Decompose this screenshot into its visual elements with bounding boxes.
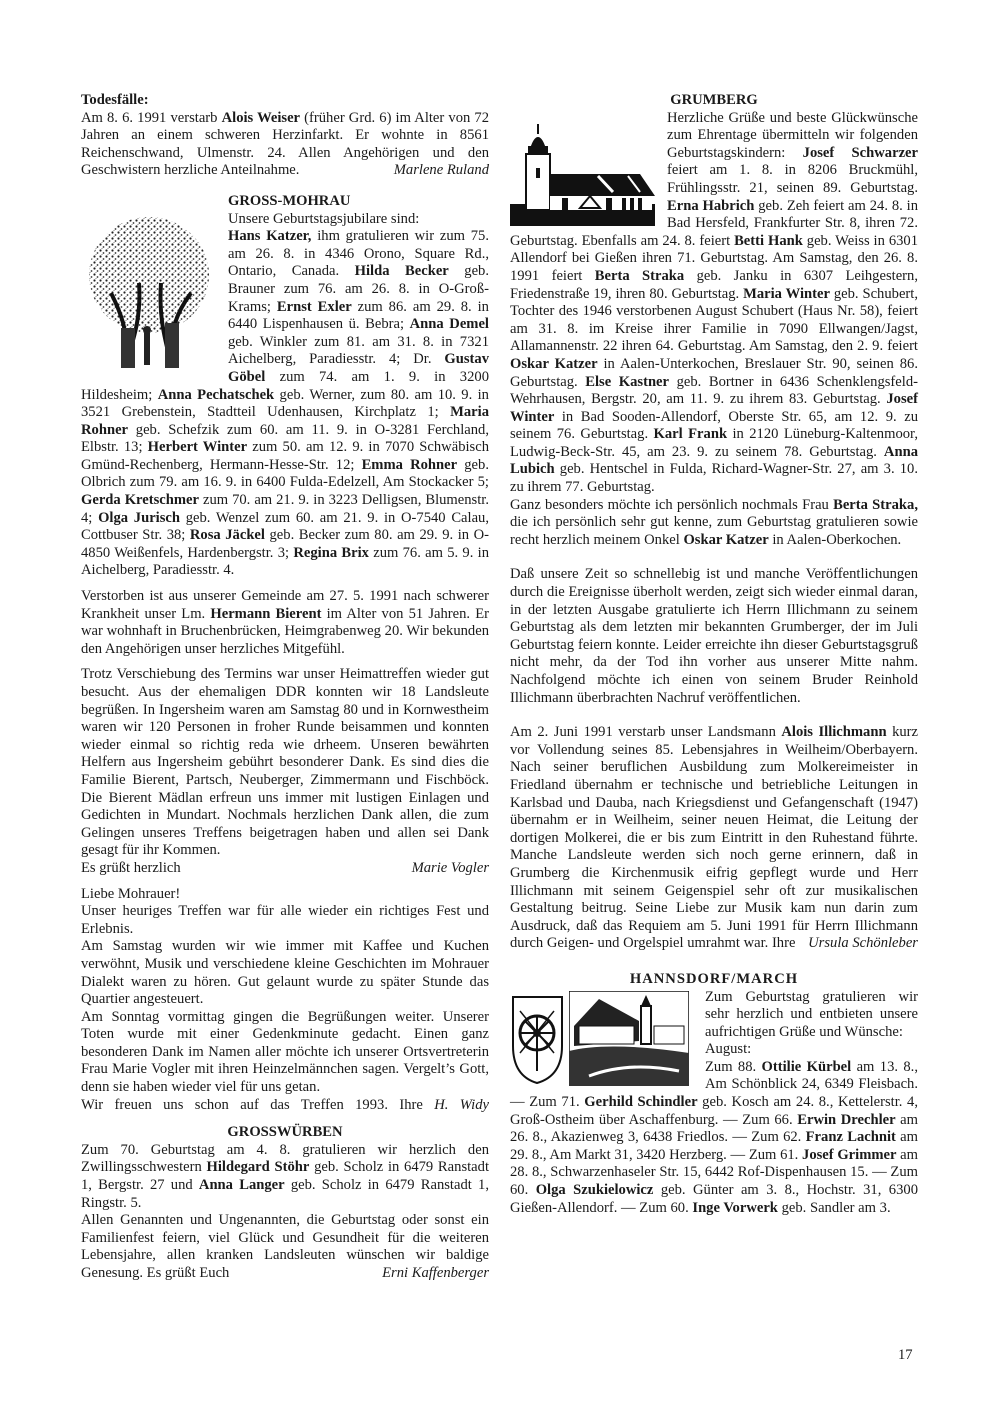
person-name: Berta Straka (595, 268, 684, 284)
signature: Erni Kaffenberger (382, 1265, 489, 1283)
obituary: Am 2. Juni 1991 verstarb unser Landsmann… (510, 724, 918, 953)
person-name: Gerhild Schindler (584, 1094, 697, 1110)
person-name: Regina Brix (293, 545, 369, 561)
section-heading: GROSS-MOHRAU (81, 193, 489, 211)
person-name: Betti Hank (734, 233, 803, 249)
obituary: Verstorben ist aus unserer Gemeinde am 2… (81, 588, 489, 658)
letter-paragraph: Unser heuriges Treffen war für alle wied… (81, 903, 489, 938)
section-heading: HANNSDORF/MARCH (510, 971, 918, 989)
signature: Marie Vogler (412, 860, 489, 878)
castle-icon (569, 991, 689, 1086)
letter-paragraph: Am Samstag wurden wir wie immer mit Kaff… (81, 938, 489, 1008)
person-name: Alois Weiser (222, 110, 300, 126)
letter-salutation: Liebe Mohrauer! (81, 886, 489, 904)
person-name: Franz Lachnit (806, 1129, 896, 1145)
signature: Ursula Schönleber (808, 935, 918, 953)
person-name: Josef Grimmer (802, 1147, 896, 1163)
person-name: Emma Rohner (362, 457, 458, 473)
grumberg-section: GRUMBERG Herzliche Grüße und b (510, 92, 918, 953)
left-column: Todesfälle: Am 8. 6. 1991 verstarb Alois… (81, 92, 489, 1283)
hannsdorf-section: HANNSDORF/MARCH Zum Geburtstag g (510, 971, 918, 1217)
person-name: Karl Frank (654, 426, 728, 442)
person-name: Ottilie Kürbel (762, 1059, 852, 1075)
gross-mohrau-section: GROSS-MOHRAU Unsere Geburtstagsjubilare … (81, 193, 489, 1114)
person-name: Erwin Drechler (797, 1112, 895, 1128)
person-name: Hilda Becker (355, 263, 449, 279)
person-name: Hermann Bierent (210, 606, 321, 622)
person-name: Josef Schwarzer (803, 145, 918, 161)
person-name: Oskar Katzer (510, 356, 598, 372)
grosswuerben-section: GROSSWÜRBEN Zum 70. Geburtstag am 4. 8. … (81, 1124, 489, 1282)
meeting-report: Trotz Verschiebung des Termins war unser… (81, 666, 489, 860)
signature: Marlene Ruland (394, 162, 489, 180)
page-number: 17 (898, 1347, 913, 1364)
letter-paragraph: Am Sonntag vormittag gingen die Begrüßun… (81, 1009, 489, 1097)
letter-closing: Wir freuen uns schon auf das Treffen 199… (81, 1097, 489, 1115)
person-name: Anna Pechatschek (158, 387, 274, 403)
person-name: Inge Vorwerk (692, 1200, 778, 1216)
obituary-intro: Daß unsere Zeit so schnellebig ist und m… (510, 566, 918, 707)
person-name: Anna Demel (410, 316, 489, 332)
section-heading: GROSSWÜRBEN (81, 1124, 489, 1142)
meeting-closing: Es grüßt herzlich Marie Vogler (81, 860, 489, 878)
wishes: Allen Genannten und Ungenannten, die Geb… (81, 1212, 489, 1282)
todesfaelle-section: Todesfälle: Am 8. 6. 1991 verstarb Alois… (81, 92, 489, 180)
person-name: Oskar Katzer (683, 532, 768, 548)
person-name: Herbert Winter (148, 439, 247, 455)
right-column: GRUMBERG Herzliche Grüße und b (510, 92, 918, 1217)
church-illustration (510, 116, 655, 226)
section-heading: Todesfälle: (81, 92, 489, 110)
signature: H. Widy (434, 1097, 489, 1113)
person-name: Gerda Kretschmer (81, 492, 199, 508)
person-name: Olga Jurisch (98, 510, 180, 526)
person-name: Erna Habrich (667, 198, 754, 214)
person-name: Maria Winter (743, 286, 830, 302)
coat-of-arms-icon (510, 991, 565, 1086)
person-name: Else Kastner (585, 374, 669, 390)
person-name: Berta Straka, (833, 497, 918, 513)
hannsdorf-illustrations (510, 991, 695, 1091)
person-name: Hans Katzer, (228, 228, 311, 244)
person-name: Alois Illichmann (781, 724, 886, 740)
special-greeting: Ganz besonders möchte ich persönlich noc… (510, 497, 918, 550)
person-name: Olga Szukielowicz (536, 1182, 654, 1198)
section-heading: GRUMBERG (510, 92, 918, 110)
person-name: Rosa Jäckel (190, 527, 265, 543)
person-name: Ernst Exler (277, 299, 352, 315)
paragraph: Am 8. 6. 1991 verstarb Alois Weiser (frü… (81, 110, 489, 180)
person-name: Hildegard Stöhr (207, 1159, 310, 1175)
paragraph: Zum 70. Geburtstag am 4. 8. gratulieren … (81, 1142, 489, 1212)
person-name: Anna Langer (199, 1177, 285, 1193)
tree-illustration (81, 213, 216, 373)
